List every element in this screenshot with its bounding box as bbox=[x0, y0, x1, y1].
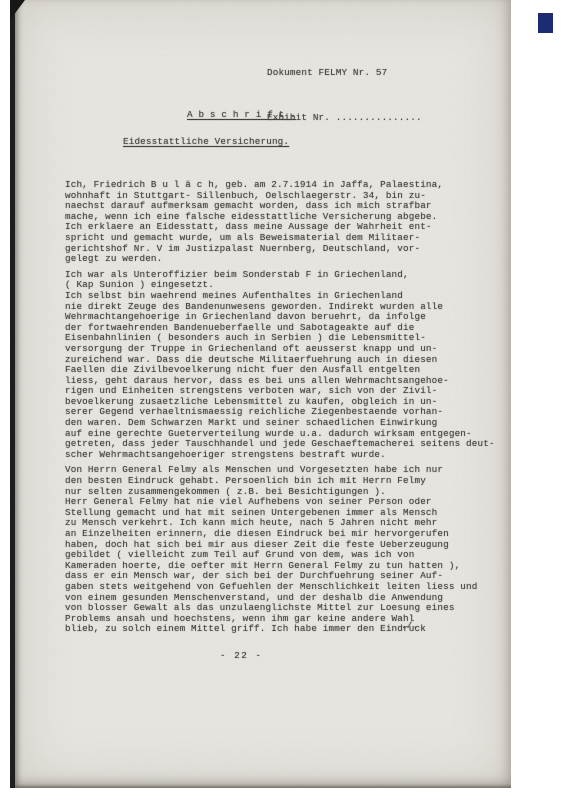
document-header: Dokument FELMY Nr. 57 Exhibit Nr. ......… bbox=[267, 47, 422, 158]
page-number: - 22 - bbox=[220, 651, 262, 662]
scanned-document-page: Dokument FELMY Nr. 57 Exhibit Nr. ......… bbox=[0, 0, 570, 800]
scan-corner-artifact bbox=[10, 0, 25, 20]
page-subtitle: Eidesstattliche Versicherung. bbox=[123, 137, 289, 148]
body-text: Ich, Friedrich B u l ä c h, geb. am 2.7.… bbox=[65, 180, 501, 640]
paragraph-3: Von Herrn General Felmy als Menschen und… bbox=[65, 465, 501, 635]
paragraph-1: Ich, Friedrich B u l ä c h, geb. am 2.7.… bbox=[65, 180, 501, 265]
blue-ink-mark bbox=[538, 13, 553, 33]
paragraph-2: Ich war als Unteroffizier beim Sondersta… bbox=[65, 270, 501, 461]
paper-sheet: Dokument FELMY Nr. 57 Exhibit Nr. ......… bbox=[10, 0, 511, 788]
page-title: A b s c h r i f t . bbox=[187, 110, 296, 121]
document-number: Dokument FELMY Nr. 57 bbox=[267, 68, 422, 79]
continuation-mark: ./. bbox=[401, 621, 418, 632]
